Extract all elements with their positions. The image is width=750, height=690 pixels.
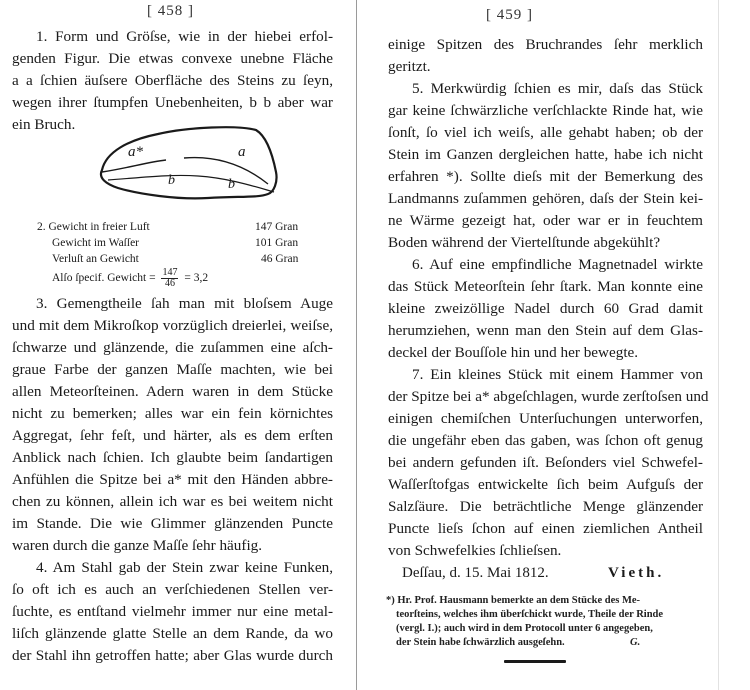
text-line: chen zu können, allein ich war es bei we…: [12, 491, 333, 513]
meteorite-figure: a* a b b: [88, 122, 288, 210]
figure-label-a: a: [238, 144, 246, 160]
figure-label-b: b: [168, 173, 175, 188]
text-line: erfahren *). Sollte dieſs mit der Bemerk…: [388, 166, 703, 188]
footnote-line: *) Hr. Prof. Hausmann bemerkte an dem St…: [386, 594, 640, 608]
page-gutter-divider: [356, 0, 357, 690]
right-page: [ 459 ] einige Spitzen des Bruchrandes ſ…: [358, 0, 750, 690]
weight-value: 101 Gran: [255, 235, 298, 252]
text-line: Boden während der Viertelſtunde abgekühl…: [388, 232, 703, 254]
text-line: 3. Gemengtheile ſah man mit bloſsem Auge: [36, 293, 333, 315]
page-number-left: [ 458 ]: [147, 3, 194, 20]
text-line: Puncte lieſs ſchon auf einen ziemlichen …: [388, 518, 703, 540]
fraction-denominator: 46: [161, 279, 178, 289]
weight-label: Gewicht im Waſſer: [52, 235, 139, 252]
text-line: 1. Form und Gröſse, wie in der hiebei er…: [36, 26, 333, 48]
text-line: Aggregat, ſehr feſt, und härter, als es …: [12, 425, 333, 447]
text-line: ſo oft ich es auch an verſchiedenen Stel…: [12, 579, 333, 601]
place-date: Deſſau, d. 15. Mai 1812.: [402, 565, 549, 582]
figure-label-a-star: a*: [128, 144, 144, 160]
text-line: ſchwarze und glänzende, die zuſammen ein…: [12, 337, 333, 359]
end-rule-ornament: [504, 660, 566, 663]
text-line: liſch glänzende glatte Stelle an dem Ran…: [12, 623, 333, 645]
text-line: 5. Merkwürdig ſchien es mir, daſs das St…: [412, 78, 703, 100]
text-line: deckel der Bouſſole hin und her bewegte.: [388, 342, 703, 364]
footnote-line: (vergl. I.); auch wird in dem Protocoll …: [396, 622, 653, 636]
text-line: die ungefähr eben das gaben, was ſchon o…: [388, 430, 703, 452]
specific-gravity-fraction: 147 46: [161, 268, 178, 289]
text-line: kleine zweizöllige Nadel durch 60 Grad d…: [388, 298, 703, 320]
text-line: Waſſerſtofgas entwickelte ſich beim Aufg…: [388, 474, 703, 496]
text-line: 7. Ein kleines Stück mit einem Hammer vo…: [412, 364, 703, 386]
footnote-line: teorſteins, welches ihm überſchickt wurd…: [396, 608, 663, 622]
text-line: Landmanns zuſammen gehören, daſs der Ste…: [388, 188, 703, 210]
figure-label-b: b: [228, 177, 235, 192]
author-signature: Vieth.: [608, 565, 664, 582]
text-line: Anfühlen die Spitze bei a* mit den Hände…: [12, 469, 333, 491]
text-line: genden Figur. Die etwas convexe unebne F…: [12, 48, 333, 70]
text-line: einigen chemiſchen Unterſuchungen unterw…: [388, 408, 703, 430]
text-line: Salzſäure. Die beträchtliche Menge glänz…: [388, 496, 703, 518]
text-line: Anblick nach ſchien. Ich glaubte beim ſa…: [12, 447, 333, 469]
text-line: im Stande. Die wie Glimmer glänzenden Pu…: [12, 513, 333, 535]
specific-gravity-label: Alſo ſpecif. Gewicht =: [52, 272, 156, 284]
text-line: gar keine ſchwärzliche verſchlackte Rind…: [388, 100, 703, 122]
text-line: und mit dem Mikroſkop vorzüglich dreierl…: [12, 315, 333, 337]
text-line: bei andern gefunden iſt. Beſonders viel …: [388, 452, 703, 474]
weights-row: Gewicht im Waſſer 101 Gran: [52, 235, 307, 252]
specific-gravity-result: = 3,2: [184, 272, 208, 284]
text-line: ſonſt, ſo viel ich weiſs, alle gehabt ha…: [388, 122, 703, 144]
text-line: 4. Am Stahl gab der Stein zwar keine Fun…: [36, 557, 333, 579]
text-line: geritzt.: [388, 56, 703, 78]
specific-gravity-row: Alſo ſpecif. Gewicht = 147 46 = 3,2: [52, 266, 307, 290]
weight-label: 2. Gewicht in freier Luft: [37, 219, 150, 236]
left-page: [ 458 ] 1. Form und Gröſse, wie in der h…: [0, 0, 357, 690]
text-line: Stein im Ganzen dergleichen hatte, habe …: [388, 144, 703, 166]
footnote-line: der Stein habe ſchwärzlich ausgeſehn.: [396, 636, 565, 650]
text-line: ſuchte, es entſtand vielmehr immer nur e…: [12, 601, 333, 623]
text-line: ne Wärme gezeigt hat, oder war er in feu…: [388, 210, 703, 232]
text-line: 6. Auf eine empfindliche Magnetnadel wir…: [412, 254, 703, 276]
text-line: der Stahl ihn getroffen hatte; aber Glas…: [12, 645, 333, 667]
text-line: der Spitze bei a* abgeſchlagen, wurde ze…: [388, 386, 703, 408]
footnote-signature: G.: [630, 636, 640, 650]
text-line: a a ſchien äuſsere Oberfläche des Steins…: [12, 70, 333, 92]
page-number-right: [ 459 ]: [486, 7, 533, 24]
text-line: von Schwefelkies ſchlieſsen.: [388, 540, 703, 562]
text-line: herumziehen, wenn man den Stein auf dem …: [388, 320, 703, 342]
text-line: waren durch die ganze Maſſe ſehr häufig.: [12, 535, 333, 557]
text-line: einige Spitzen des Bruchrandes ſehr merk…: [388, 34, 703, 56]
text-line: allen Meteorſteinen. Adern waren in dem …: [12, 381, 333, 403]
text-line: graue Farbe der ganzen Maſſe machten, wi…: [12, 359, 333, 381]
text-line: wegen ihrer ſtumpfen Unebenheiten, b b a…: [12, 92, 333, 114]
weight-value: 147 Gran: [255, 219, 298, 236]
text-line: nicht zu bemerken; alles war ein fein kö…: [12, 403, 333, 425]
weights-row: 2. Gewicht in freier Luft 147 Gran: [37, 219, 307, 236]
text-line: das Stück Meteorſtein ſehr ſtark. Man ko…: [388, 276, 703, 298]
